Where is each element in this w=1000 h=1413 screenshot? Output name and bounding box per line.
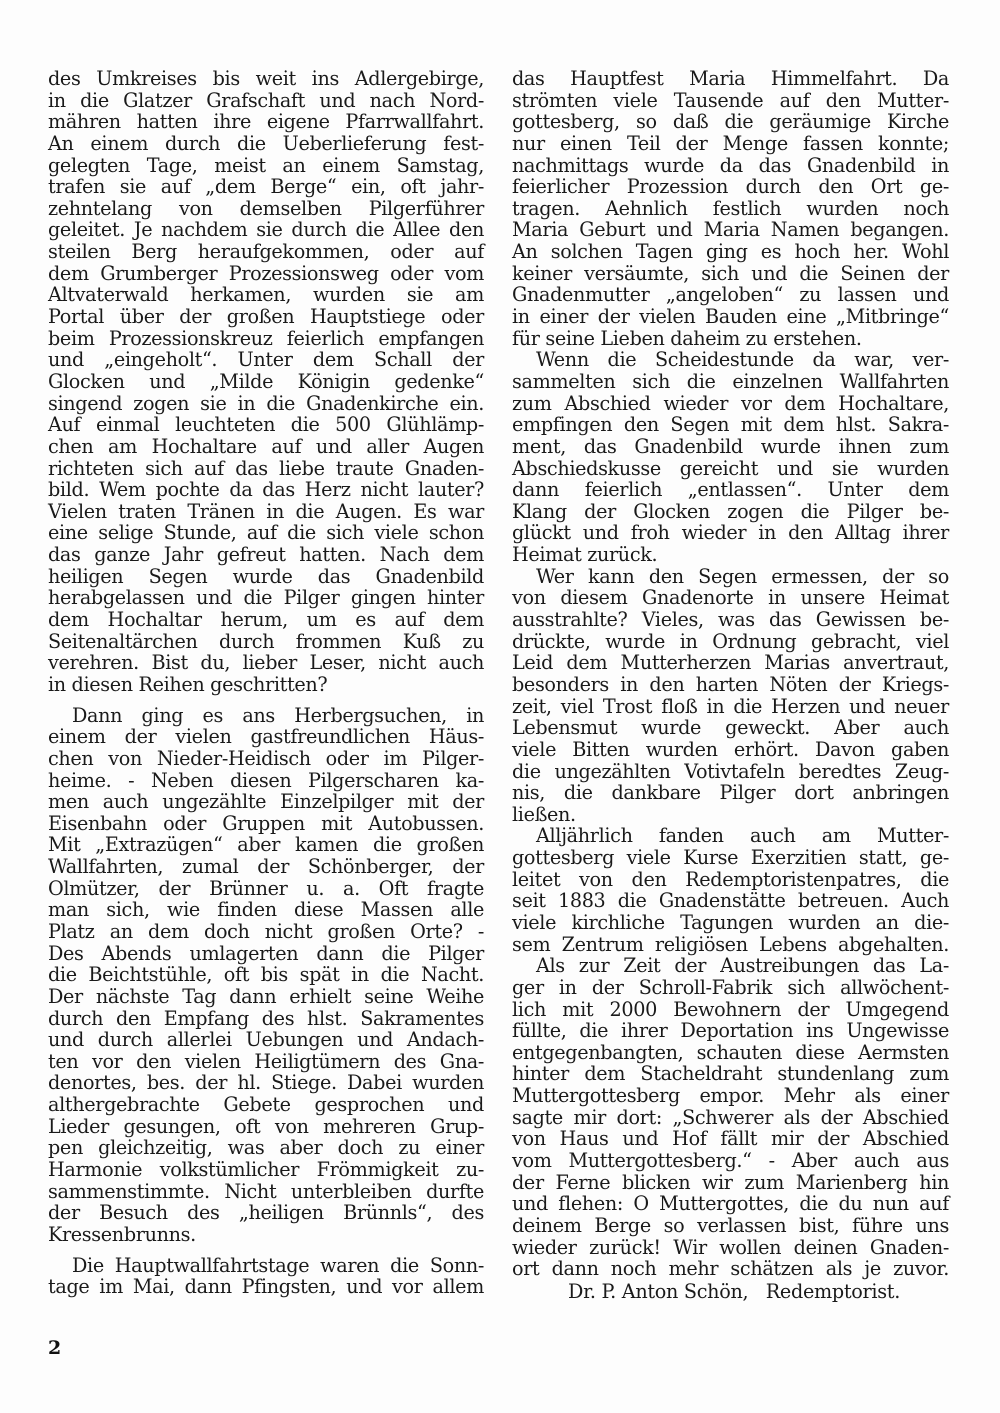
text-line: Glocken und „Milde Königin gedenke“ (48, 371, 484, 393)
text-line: Des Abends umlagerten dann die Pilger (48, 943, 484, 965)
page-number: 2 (48, 1337, 61, 1359)
text-line: glückt und froh wieder in den Alltag ihr… (512, 522, 949, 544)
text-line: ger in der Schroll-Fabrik sich allwöchen… (512, 977, 949, 999)
text-line: Wenn die Scheidestunde da war, ver- (512, 349, 949, 371)
text-line: hinter dem Stacheldraht stundenlang zum (512, 1063, 949, 1085)
text-line: Eisenbahn oder Gruppen mit Autobussen. (48, 813, 484, 835)
text-line: zeit, viel Trost floß in die Herzen und … (512, 696, 949, 718)
text-line: beim Prozessionskreuz feierlich empfange… (48, 328, 484, 350)
text-line: nachmittags wurde da das Gnadenbild in (512, 155, 949, 177)
author-name: Dr. P. Anton Schön, (568, 1280, 748, 1303)
text-line: eine selige Stunde, auf die sich viele s… (48, 522, 484, 544)
text-line: Mit „Extrazügen“ aber kamen die großen (48, 834, 484, 856)
text-line: strömten viele Tausende auf den Mutter- (512, 90, 949, 112)
text-line: das ganze Jahr gefreut hatten. Nach dem (48, 544, 484, 566)
text-line: Die Hauptwallfahrtstage waren die Sonn- (48, 1255, 484, 1277)
text-line: steilen Berg heraufgekommen, oder auf (48, 241, 484, 263)
text-line: und „eingeholt“. Unter dem Schall der (48, 349, 484, 371)
text-line: Lebensmut wurde geweckt. Aber auch (512, 717, 949, 739)
author-title: Redemptorist. (766, 1280, 900, 1303)
text-line: in einer der vielen Bauden eine „Mitbrin… (512, 306, 949, 328)
text-line: heime. - Neben diesen Pilgerscharen ka- (48, 770, 484, 792)
text-line: pen gleichzeitig, was aber doch zu einer (48, 1137, 484, 1159)
text-line: seit 1883 die Gnadenstätte betreuen. Auc… (512, 890, 949, 912)
text-line: Auf einmal leuchteten die 500 Glühlämp- (48, 414, 484, 436)
paragraph: des Umkreises bis weit ins Adlergebirge,… (48, 68, 484, 696)
text-line: Kressenbrunns. (48, 1224, 484, 1246)
text-line: Wer kann den Segen ermessen, der so (512, 566, 949, 588)
text-line: sammenstimmte. Nicht unterbleiben durfte (48, 1181, 484, 1203)
paragraph: Wer kann den Segen ermessen, der so von … (512, 566, 949, 826)
text-line: feierlicher Prozession durch den Ort ge- (512, 176, 949, 198)
text-line: Platz an dem doch nicht großen Orte? - (48, 921, 484, 943)
text-line: das Hauptfest Maria Himmelfahrt. Da (512, 68, 949, 90)
document-page: des Umkreises bis weit ins Adlergebirge,… (0, 0, 1000, 1413)
text-line: Gnadenmutter „angeloben“ zu lassen und (512, 284, 949, 306)
text-line: dem Grumberger Prozessionsweg oder vom (48, 263, 484, 285)
text-line: denortes, bes. der hl. Stiege. Dabei wur… (48, 1072, 484, 1094)
text-line: viele kirchliche Tagungen wurden an die- (512, 912, 949, 934)
text-line: von diesem Gnadenorte in unsere Heimat (512, 587, 949, 609)
text-line: Olmützer, der Brünner u. a. Oft fragte (48, 878, 484, 900)
paragraph: Wenn die Scheidestunde da war, ver- samm… (512, 349, 949, 565)
text-line: besonders in den harten Nöten der Kriegs… (512, 674, 949, 696)
text-line: leitet von den Redemptoristenpatres, die (512, 869, 949, 891)
text-line: ten vor den vielen Heiligtümern des Gna- (48, 1051, 484, 1073)
text-line: Vielen traten Tränen in die Augen. Es wa… (48, 501, 484, 523)
text-line: Altvaterwald herkamen, wurden sie am (48, 284, 484, 306)
author-signature: Dr. P. Anton Schön, Redemptorist. (512, 1280, 949, 1304)
text-line: empfingen den Segen mit dem hlst. Sakra- (512, 414, 949, 436)
text-line: sem Zentrum religiösen Lebens abgehalten… (512, 934, 949, 956)
paragraph: Dann ging es ans Herbergsuchen, in einem… (48, 705, 484, 1246)
text-line: gottesberg viele Kurse Exerzitien statt,… (512, 847, 949, 869)
text-line: viele Bitten wurden erhört. Davon gaben (512, 739, 949, 761)
text-line: für seine Lieben daheim zu erstehen. (512, 328, 949, 350)
text-line: men auch ungezählte Einzelpilger mit der (48, 791, 484, 813)
paragraph: das Hauptfest Maria Himmelfahrt. Da strö… (512, 68, 949, 349)
text-line: drückte, wurde in Ordnung gebracht, viel (512, 631, 949, 653)
text-line: dem Hochaltar herum, um es auf dem (48, 609, 484, 631)
text-line: die ungezählten Votivtafeln beredtes Zeu… (512, 761, 949, 783)
text-line: trafen sie auf „dem Berge“ ein, oft jahr… (48, 176, 484, 198)
text-line: füllte, die ihrer Deportation ins Ungewi… (512, 1020, 949, 1042)
text-line: Klang der Glocken zogen die Pilger be- (512, 501, 949, 523)
text-line: Alljährlich fanden auch am Mutter- (512, 825, 949, 847)
text-line: tragen. Aehnlich festlich wurden noch (512, 198, 949, 220)
text-line: geleitet. Je nachdem sie durch die Allee… (48, 219, 484, 241)
text-line: keiner versäumte, sich und die Seinen de… (512, 263, 949, 285)
text-line: durch den Empfang des hlst. Sakramentes (48, 1008, 484, 1030)
text-line: herabgelassen und die Pilger gingen hint… (48, 587, 484, 609)
text-line: Wallfahrten, zumal der Schönberger, der (48, 856, 484, 878)
text-line: bild. Wem pochte da das Herz nicht laute… (48, 479, 484, 501)
text-line: Als zur Zeit der Austreibungen das La- (512, 955, 949, 977)
text-line: entgegenbangten, schauten diese Aermsten (512, 1042, 949, 1064)
text-line: Der nächste Tag dann erhielt seine Weihe (48, 986, 484, 1008)
paragraph: Als zur Zeit der Austreibungen das La- g… (512, 955, 949, 1280)
text-line: ort dann noch mehr schätzen als je zuvor… (512, 1258, 949, 1280)
text-line: zum Abschied wieder vor dem Hochaltare, (512, 393, 949, 415)
text-line: und flehen: O Muttergottes, die du nun a… (512, 1193, 949, 1215)
text-line: nur einen Teil der Menge fassen konnte; (512, 133, 949, 155)
text-line: des Umkreises bis weit ins Adlergebirge, (48, 68, 484, 90)
text-line: Harmonie volkstümlicher Frömmigkeit zu- (48, 1159, 484, 1181)
text-line: Heimat zurück. (512, 544, 949, 566)
text-line: man sich, wie finden diese Massen alle (48, 899, 484, 921)
text-line: sammelten sich die einzelnen Wallfahrten (512, 371, 949, 393)
text-line: sagte mir dort: „Schwerer als der Abschi… (512, 1107, 949, 1129)
text-line: singend zogen sie in die Gnadenkirche ei… (48, 393, 484, 415)
text-line: althergebrachte Gebete gesprochen und (48, 1094, 484, 1116)
left-column: des Umkreises bis weit ins Adlergebirge,… (48, 68, 484, 1298)
text-line: und durch allerlei Uebungen und Andach- (48, 1029, 484, 1051)
text-line: Maria Geburt und Maria Namen begangen. (512, 219, 949, 241)
text-line: verehren. Bist du, lieber Leser, nicht a… (48, 652, 484, 674)
text-line: die Beichtstühle, oft bis spät in die Na… (48, 964, 484, 986)
text-line: Dann ging es ans Herbergsuchen, in (48, 705, 484, 727)
text-line: chen von Nieder-Heidisch oder im Pilger- (48, 748, 484, 770)
text-line: tage im Mai, dann Pfingsten, und vor all… (48, 1276, 484, 1298)
text-line: wieder zurück! Wir wollen deinen Gnaden- (512, 1237, 949, 1259)
paragraph: Alljährlich fanden auch am Mutter- gotte… (512, 825, 949, 955)
paragraph: Die Hauptwallfahrtstage waren die Sonn- … (48, 1255, 484, 1298)
text-line: Lieder gesungen, oft von mehreren Grup- (48, 1116, 484, 1138)
text-line: dann feierlich „entlassen“. Unter dem (512, 479, 949, 501)
text-line: zehntelang von demselben Pilgerführer (48, 198, 484, 220)
right-column: das Hauptfest Maria Himmelfahrt. Da strö… (512, 68, 949, 1304)
text-line: vom Muttergottesberg.“ - Aber auch aus (512, 1150, 949, 1172)
text-line: ment, das Gnadenbild wurde ihnen zum (512, 436, 949, 458)
text-line: in diesen Reihen geschritten? (48, 674, 484, 696)
text-line: von Haus und Hof fällt mir der Abschied (512, 1128, 949, 1150)
text-line: richteten sich auf das liebe traute Gnad… (48, 458, 484, 480)
text-line: chen am Hochaltare auf und aller Augen (48, 436, 484, 458)
text-line: deinem Berge so verlassen bist, führe un… (512, 1215, 949, 1237)
text-line: einem der vielen gastfreundlichen Häus- (48, 726, 484, 748)
text-line: in die Glatzer Grafschaft und nach Nord- (48, 90, 484, 112)
text-line: ausstrahlte? Vieles, was das Gewissen be… (512, 609, 949, 631)
text-line: Leid dem Mutterherzen Marias anvertraut, (512, 652, 949, 674)
text-line: nis, die dankbare Pilger dort anbringen (512, 782, 949, 804)
text-line: der Ferne blicken wir zum Marienberg hin (512, 1172, 949, 1194)
text-line: Portal über der großen Hauptstiege oder (48, 306, 484, 328)
text-line: heiligen Segen wurde das Gnadenbild (48, 566, 484, 588)
text-line: gelegten Tage, meist an einem Samstag, (48, 155, 484, 177)
text-line: mähren hatten ihre eigene Pfarrwallfahrt… (48, 111, 484, 133)
text-line: An einem durch die Ueberlieferung fest- (48, 133, 484, 155)
text-line: ließen. (512, 804, 949, 826)
text-line: Abschiedskusse gereicht und sie wurden (512, 458, 949, 480)
text-line: gottesberg, so daß die geräumige Kirche (512, 111, 949, 133)
text-line: An solchen Tagen ging es hoch her. Wohl (512, 241, 949, 263)
text-line: Muttergottesberg empor. Mehr als einer (512, 1085, 949, 1107)
text-line: der Besuch des „heiligen Brünnls“, des (48, 1202, 484, 1224)
text-line: Seitenaltärchen durch frommen Kuß zu (48, 631, 484, 653)
text-line: lich mit 2000 Bewohnern der Umgegend (512, 999, 949, 1021)
